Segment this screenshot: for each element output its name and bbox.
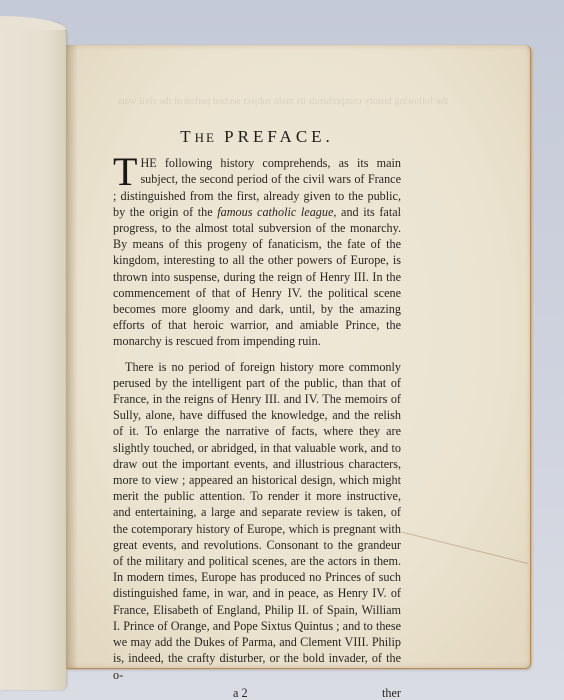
paragraph-1-rest: , and its fatal progress, to the almost … (113, 205, 401, 349)
title-first-letter: T (180, 127, 194, 146)
page-footer: a 2 ther (113, 685, 401, 700)
paragraph-2: There is no period of foreign history mo… (113, 359, 401, 683)
page-title: THE PREFACE. (113, 129, 401, 146)
paragraph-1-italic: famous catholic league (217, 205, 333, 219)
facing-left-page (0, 22, 66, 690)
page-gutter-shadow (66, 45, 78, 668)
title-rest: PREFACE. (224, 127, 334, 146)
book-page: the following history comprehends its ma… (66, 45, 531, 669)
page-crease (402, 532, 528, 564)
catchword: ther (382, 685, 401, 700)
title-small-caps: HE (195, 130, 216, 145)
text-column: THE PREFACE. THE following history compr… (113, 129, 401, 700)
signature-mark: a 2 (233, 685, 248, 700)
paragraph-1: THE following history comprehends, as it… (113, 155, 401, 349)
drop-cap: T (113, 157, 137, 187)
